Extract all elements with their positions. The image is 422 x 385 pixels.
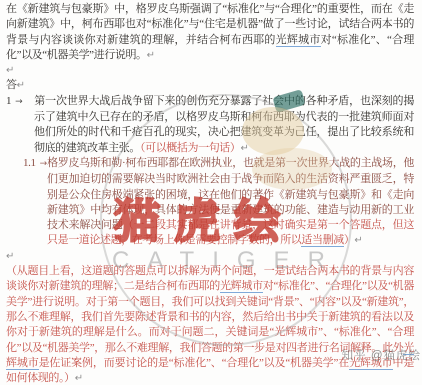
answer-point-1-1: 1.1→格罗皮乌斯和勒·柯布西耶都在欧洲执业，也就是第一次世界大战的主战场，他们… [23,156,414,249]
text-run: 答 [6,79,17,91]
question-paragraph: 在《新建筑与包豪斯》中，格罗皮乌斯强调了“标准化”与“合理化”的重要性，而在《走… [6,2,414,63]
document-body: 在《新建筑与包豪斯》中，格罗皮乌斯强调了“标准化”与“合理化”的重要性，而在《走… [6,2,414,385]
tab-arrow-icon: → [40,157,47,172]
annotation-note: （可以概括为一句话） [140,142,241,154]
paragraph-mark: ↵ [6,65,14,76]
radiant-city-link[interactable]: 光辉城市 [349,357,392,370]
paragraph-mark: ↵ [354,235,362,246]
answer-point-1-marker: 1→ [6,94,34,110]
paragraph-mark: ↵ [241,143,249,154]
list-number: 1.1 [23,156,36,171]
commentary-paragraph: （从题目上看，这道题的答题点可以拆解为两个问题，一是试结合两本书的背景与内容谈谈… [6,264,414,385]
text-run: 是佐证案例，而要讨论的是“标准化”、“合理化”以及“机器美学”在 [39,357,350,369]
paragraph-mark: ↵ [147,50,155,61]
annotation-note: ） [344,234,355,246]
paragraph-mark: ↵ [17,80,25,91]
radiant-city-link[interactable]: 光辉城市 [220,280,263,293]
answer-label: 答↵ [6,78,414,93]
paragraph-mark: ↵ [6,251,14,262]
radiant-city-link[interactable]: 光辉城市 [276,34,321,47]
answer-point-1: 1→第一次世界大战后战争留下来的创伤充分暴露了社会中的各种矛盾，也深刻的揭示了建… [6,94,414,156]
tab-arrow-icon: → [15,95,22,110]
document-page: 在《新建筑与包豪斯》中，格罗皮乌斯强调了“标准化”与“合理化”的重要性，而在《走… [0,0,422,385]
blank-line-1: ↵ [6,63,414,78]
list-number: 1 [6,94,11,109]
paragraph-mark: ↵ [75,373,83,384]
trim-suggestion-link[interactable]: 适当删减 [301,234,343,247]
answer-point-1-1-marker: 1.1→ [23,156,47,172]
blank-line-2: ↵ [6,249,414,264]
